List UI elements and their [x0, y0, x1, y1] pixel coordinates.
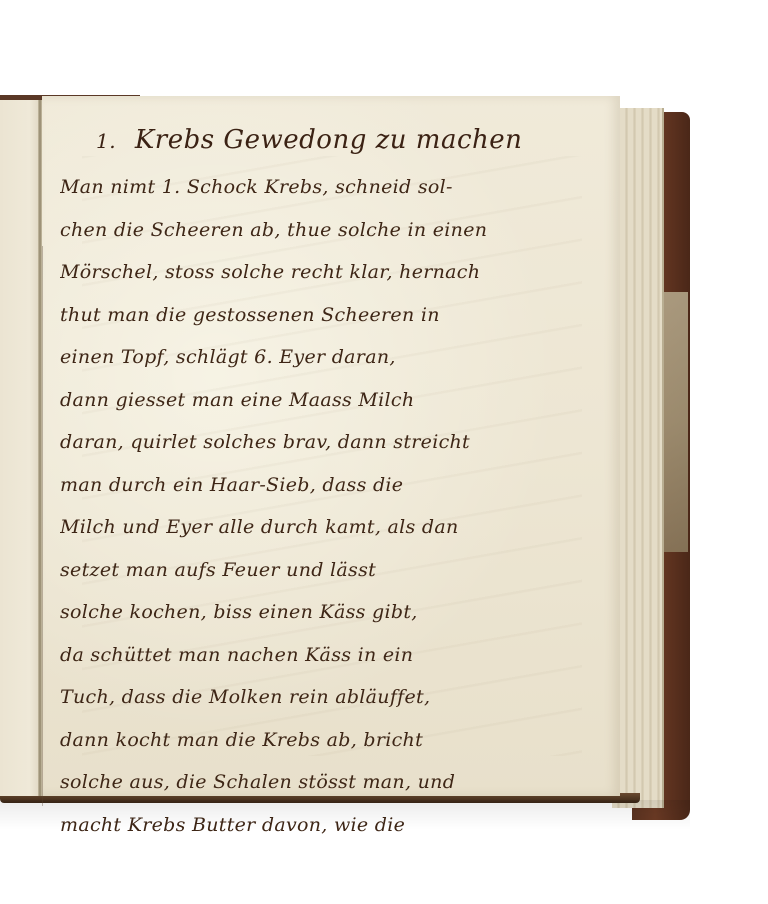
recipe-number: 1. [96, 129, 116, 153]
manuscript-line: dann kocht man die Krebs ab, bricht [60, 719, 612, 762]
left-page [0, 100, 42, 796]
manuscript-line: Mörschel, stoss solche recht klar, herna… [60, 251, 612, 294]
manuscript-line: solche aus, die Schalen stösst man, und [60, 761, 612, 804]
recipe-title-text: Krebs Gewedong zu machen [135, 125, 523, 155]
book-shadow [0, 800, 690, 830]
manuscript-line: Man nimt 1. Schock Krebs, schneid sol- [60, 166, 612, 209]
manuscript-line: man durch ein Haar-Sieb, dass die [60, 464, 612, 507]
manuscript-line: daran, quirlet solches brav, dann streic… [60, 421, 612, 464]
recipe-title: 1. Krebs Gewedong zu machen [60, 114, 612, 166]
manuscript-line: einen Topf, schlägt 6. Eyer daran, [60, 336, 612, 379]
manuscript-line: Milch und Eyer alle durch kamt, als dan [60, 506, 612, 549]
margin-rule [42, 246, 43, 806]
manuscript-line: dann giesset man eine Maass Milch [60, 379, 612, 422]
manuscript-page: 1. Krebs Gewedong zu machen Man nimt 1. … [42, 96, 620, 796]
manuscript-line: chen die Scheeren ab, thue solche in ein… [60, 209, 612, 252]
manuscript-line: setzet man aufs Feuer und lässt [60, 549, 612, 592]
manuscript-text: 1. Krebs Gewedong zu machen Man nimt 1. … [60, 114, 612, 846]
manuscript-line: da schüttet man nachen Käss in ein [60, 634, 612, 677]
manuscript-line: Tuch, dass die Molken rein abläuffet, [60, 676, 612, 719]
manuscript-line: solche kochen, biss einen Käss gibt, [60, 591, 612, 634]
manuscript-line: thut man die gestossenen Scheeren in [60, 294, 612, 337]
